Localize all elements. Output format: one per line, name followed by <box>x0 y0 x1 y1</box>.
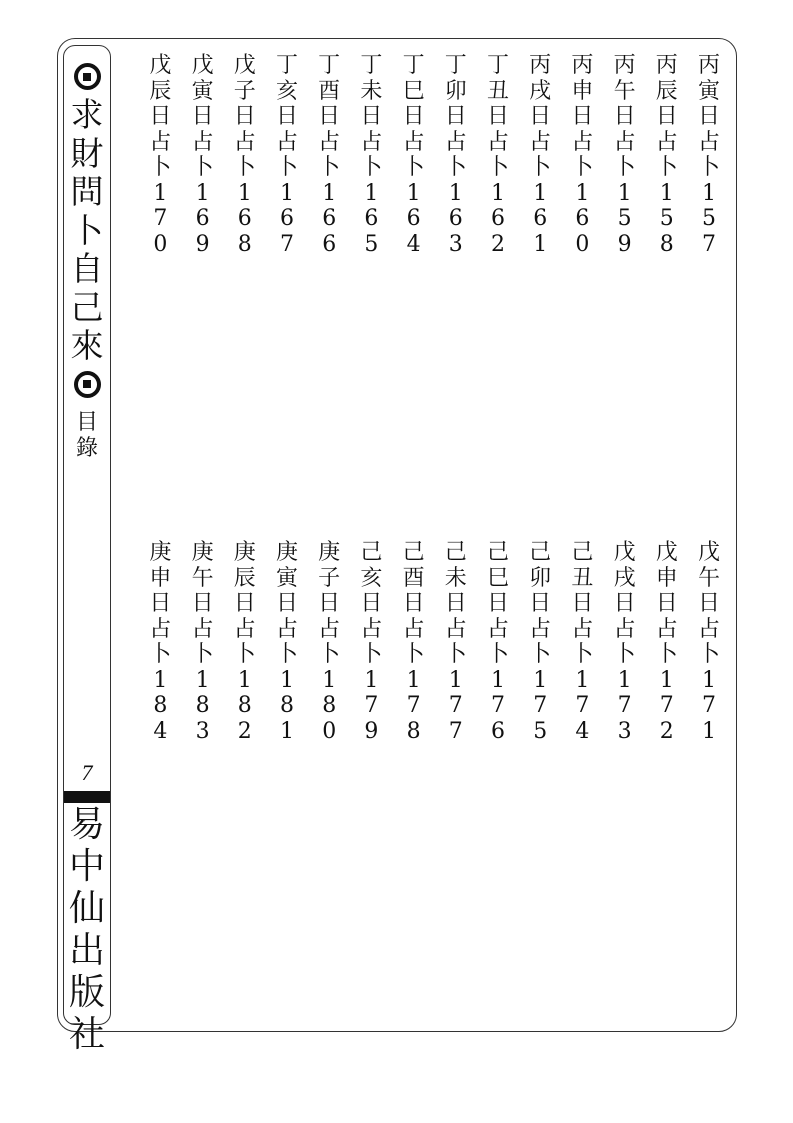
toc-entry-label-char: 卜 <box>529 642 551 668</box>
toc-entry-page-digit: 6 <box>238 206 252 232</box>
toc-entry-label-char: 丁 <box>445 53 467 79</box>
toc-entry-page-digit: 1 <box>280 181 294 207</box>
toc-entry-label-char: 寅 <box>192 79 214 105</box>
toc-entry[interactable]: 戊辰日占卜170 <box>140 53 180 257</box>
toc-entry-page-digit: 9 <box>364 719 378 745</box>
toc-entry-page-digit: 6 <box>280 206 294 232</box>
toc-entry[interactable]: 庚寅日占卜181 <box>267 540 307 744</box>
toc-entry-label-char: 占 <box>403 617 425 643</box>
toc-entry-label-char: 戊 <box>614 540 636 566</box>
toc-entry-page-digit: 8 <box>196 693 210 719</box>
toc-entry-label-char: 申 <box>571 79 593 105</box>
book-title: 求財問卜自己來 目錄 <box>64 58 110 462</box>
toc-entry-label-char: 己 <box>529 540 551 566</box>
toc-entry[interactable]: 丁巳日占卜164 <box>394 53 434 257</box>
toc-entry-page-digit: 4 <box>575 719 589 745</box>
toc-entry-label-char: 酉 <box>318 79 340 105</box>
toc-entry-page-digit: 3 <box>449 232 463 258</box>
toc-entry-label-char: 日 <box>698 104 720 130</box>
toc-entry-label-char: 戊 <box>149 53 171 79</box>
toc-entry-label-char: 卜 <box>529 155 551 181</box>
toc-entry-page-digit: 1 <box>280 719 294 745</box>
toc-entry-label-char: 申 <box>149 566 171 592</box>
toc-entry-label-char: 占 <box>403 130 425 156</box>
toc-entry-label-char: 丁 <box>487 53 509 79</box>
toc-entry-label-char: 占 <box>234 617 256 643</box>
toc-entry-label-char: 占 <box>318 130 340 156</box>
toc-entry-label-char: 寅 <box>698 79 720 105</box>
toc-entry-label-char: 日 <box>318 104 340 130</box>
toc-entry-label-char: 卜 <box>656 642 678 668</box>
toc-entry-label-char: 庚 <box>276 540 298 566</box>
toc-entry-page-digit: 6 <box>491 719 505 745</box>
toc-entry-page-digit: 5 <box>364 232 378 258</box>
toc-entry-page-digit: 1 <box>238 668 252 694</box>
publisher-char: 版 <box>69 972 105 1014</box>
toc-entry-label-char: 占 <box>276 130 298 156</box>
toc-entry-page-digit: 9 <box>196 232 210 258</box>
toc-entry-page-digit: 1 <box>660 181 674 207</box>
toc-entry-label-char: 卜 <box>445 155 467 181</box>
toc-entry-label-char: 卜 <box>698 642 720 668</box>
toc-entry-label-char: 申 <box>656 566 678 592</box>
toc-entry-page-digit: 2 <box>238 719 252 745</box>
toc-entry-page-digit: 1 <box>533 668 547 694</box>
toc-entry-label-char: 丁 <box>403 53 425 79</box>
toc-entry-page-digit: 8 <box>238 232 252 258</box>
toc-entry-label-char: 占 <box>276 617 298 643</box>
toc-entry-page-digit: 8 <box>280 693 294 719</box>
toc-entry-page-digit: 1 <box>280 668 294 694</box>
toc-entry-label-char: 日 <box>614 591 636 617</box>
toc-entry[interactable]: 己酉日占卜178 <box>394 540 434 744</box>
toc-entry-label-char: 巳 <box>487 566 509 592</box>
toc-entry-label-char: 日 <box>656 104 678 130</box>
toc-entry[interactable]: 丁丑日占卜162 <box>478 53 518 257</box>
toc-entry[interactable]: 戊子日占卜168 <box>225 53 265 257</box>
toc-entry-page-digit: 7 <box>449 719 463 745</box>
toc-entry-page-digit: 6 <box>575 206 589 232</box>
toc-entry-label-char: 子 <box>318 566 340 592</box>
toc-entry-label-char: 占 <box>487 617 509 643</box>
toc-entry-label-char: 卜 <box>614 642 636 668</box>
toc-entry-label-char: 日 <box>234 104 256 130</box>
toc-entry-label-char: 卜 <box>318 155 340 181</box>
toc-entry-label-char: 卜 <box>318 642 340 668</box>
section-title: 目錄 <box>76 410 98 462</box>
toc-entry-label-char: 日 <box>487 591 509 617</box>
bullseye-square-icon <box>74 63 101 90</box>
toc-entry-label-char: 占 <box>360 617 382 643</box>
toc-entry-page-digit: 8 <box>322 693 336 719</box>
toc-entry[interactable]: 己卯日占卜175 <box>520 540 560 744</box>
toc-entry-label-char: 日 <box>656 591 678 617</box>
toc-entry-page-digit: 6 <box>407 206 421 232</box>
toc-entry-page-digit: 5 <box>702 206 716 232</box>
toc-entry-page-digit: 1 <box>449 668 463 694</box>
toc-entry-label-char: 酉 <box>403 566 425 592</box>
toc-entry-label-char: 丙 <box>571 53 593 79</box>
toc-entry-page-digit: 5 <box>660 206 674 232</box>
toc-entry-label-char: 戌 <box>529 79 551 105</box>
toc-entry-page-digit: 4 <box>153 719 167 745</box>
toc-entry-page-digit: 1 <box>322 668 336 694</box>
toc-entry-label-char: 卜 <box>487 642 509 668</box>
toc-entry-label-char: 戊 <box>234 53 256 79</box>
toc-entry-label-char: 占 <box>571 617 593 643</box>
toc-entry-label-char: 己 <box>360 540 382 566</box>
toc-entry-page-digit: 1 <box>449 181 463 207</box>
title-char: 問 <box>71 173 104 212</box>
toc-entry-label-char: 己 <box>571 540 593 566</box>
toc-entry-label-char: 卜 <box>571 642 593 668</box>
toc-entry-label-char: 卜 <box>698 155 720 181</box>
toc-entry-page-digit: 8 <box>153 693 167 719</box>
toc-entry-label-char: 午 <box>698 566 720 592</box>
toc-entry-label-char: 己 <box>445 540 467 566</box>
toc-entry-label-char: 丁 <box>318 53 340 79</box>
toc-entry-label-char: 庚 <box>192 540 214 566</box>
toc-entry-page-digit: 1 <box>618 181 632 207</box>
toc-entry-page-digit: 7 <box>702 693 716 719</box>
toc-entry-label-char: 庚 <box>149 540 171 566</box>
toc-entry-label-char: 庚 <box>318 540 340 566</box>
toc-entry-page-digit: 1 <box>238 181 252 207</box>
toc-entry-label-char: 日 <box>487 104 509 130</box>
toc-entry-page-digit: 1 <box>575 181 589 207</box>
toc-entry-label-char: 辰 <box>149 79 171 105</box>
toc-entry-label-char: 己 <box>403 540 425 566</box>
toc-entry-label-char: 卜 <box>149 642 171 668</box>
toc-entry-label-char: 日 <box>276 591 298 617</box>
toc-entry-page-digit: 6 <box>491 206 505 232</box>
toc-entry-page-digit: 8 <box>660 232 674 258</box>
toc-entry-label-char: 己 <box>487 540 509 566</box>
publisher-name: 易中仙出版社 <box>64 804 110 1056</box>
toc-entry-label-char: 戌 <box>614 566 636 592</box>
toc-entry[interactable]: 丁未日占卜165 <box>351 53 391 257</box>
toc-entry[interactable]: 庚午日占卜183 <box>183 540 223 744</box>
toc-entry-page-digit: 1 <box>364 181 378 207</box>
toc-entry[interactable]: 丁卯日占卜163 <box>436 53 476 257</box>
toc-entry-page-digit: 7 <box>364 693 378 719</box>
toc-entry-page-digit: 1 <box>196 181 210 207</box>
toc-entry-label-char: 戊 <box>656 540 678 566</box>
toc-entry-label-char: 卜 <box>656 155 678 181</box>
toc-entry-label-char: 卜 <box>571 155 593 181</box>
publisher-char: 中 <box>69 846 105 888</box>
toc-entry-label-char: 占 <box>698 617 720 643</box>
title-char: 財 <box>71 135 104 174</box>
toc-entry[interactable]: 戊申日占卜172 <box>647 540 687 744</box>
toc-entry-page-digit: 6 <box>322 206 336 232</box>
toc-entry-page-digit: 1 <box>575 668 589 694</box>
toc-entry[interactable]: 丙辰日占卜158 <box>647 53 687 257</box>
toc-entry-page-digit: 6 <box>449 206 463 232</box>
toc-entry-label-char: 日 <box>149 591 171 617</box>
toc-entry-label-char: 午 <box>192 566 214 592</box>
toc-entry-label-char: 午 <box>614 79 636 105</box>
toc-entry-label-char: 占 <box>614 130 636 156</box>
title-char: 來 <box>71 327 104 366</box>
toc-entry-label-char: 日 <box>614 104 636 130</box>
title-char: 求 <box>71 96 104 135</box>
toc-entry-page-digit: 1 <box>196 668 210 694</box>
toc-entry-page-digit: 3 <box>618 719 632 745</box>
toc-entry-label-char: 占 <box>656 617 678 643</box>
toc-entry-label-char: 卜 <box>445 642 467 668</box>
toc-entry-label-char: 卜 <box>192 642 214 668</box>
toc-entry[interactable]: 己巳日占卜176 <box>478 540 518 744</box>
toc-entry-label-char: 占 <box>656 130 678 156</box>
toc-entry-page-digit: 1 <box>407 668 421 694</box>
toc-entry[interactable]: 己亥日占卜179 <box>351 540 391 744</box>
toc-entry-label-char: 丙 <box>529 53 551 79</box>
toc-entry-page-digit: 8 <box>238 693 252 719</box>
toc-entry-label-char: 丙 <box>698 53 720 79</box>
spine-banner: 求財問卜自己來 目錄 7 易中仙出版社 <box>63 45 111 1025</box>
toc-entry-label-char: 卜 <box>276 642 298 668</box>
toc-entry-label-char: 日 <box>403 591 425 617</box>
toc-entry-page-digit: 7 <box>533 693 547 719</box>
toc-entry-label-char: 占 <box>487 130 509 156</box>
toc-entry-label-char: 日 <box>360 104 382 130</box>
toc-entry-page-digit: 7 <box>575 693 589 719</box>
toc-entry[interactable]: 丙申日占卜160 <box>562 53 602 257</box>
toc-entry-label-char: 卜 <box>149 155 171 181</box>
toc-entry[interactable]: 己未日占卜177 <box>436 540 476 744</box>
toc-entry-label-char: 占 <box>698 130 720 156</box>
toc-entry-label-char: 日 <box>445 104 467 130</box>
toc-entry[interactable]: 丙戌日占卜161 <box>520 53 560 257</box>
toc-entry-label-char: 卜 <box>234 642 256 668</box>
bullseye-square-icon <box>74 371 101 398</box>
toc-entry-page-digit: 1 <box>702 181 716 207</box>
subtitle-char: 目 <box>76 410 98 436</box>
toc-entry-label-char: 卜 <box>234 155 256 181</box>
toc-entry-label-char: 占 <box>234 130 256 156</box>
toc-entry-page-digit: 1 <box>660 668 674 694</box>
toc-entry-label-char: 日 <box>360 591 382 617</box>
toc-entry[interactable]: 庚辰日占卜182 <box>225 540 265 744</box>
toc-entry-label-char: 庚 <box>234 540 256 566</box>
toc-entry-page-digit: 6 <box>364 206 378 232</box>
toc-entry-page-digit: 4 <box>407 232 421 258</box>
toc-entry-page-digit: 1 <box>533 232 547 258</box>
toc-entry-label-char: 丁 <box>276 53 298 79</box>
toc-entry-page-digit: 6 <box>196 206 210 232</box>
toc-entry[interactable]: 戊戌日占卜173 <box>605 540 645 744</box>
toc-entry-label-char: 占 <box>445 617 467 643</box>
toc-entry-label-char: 卯 <box>529 566 551 592</box>
toc-entry-label-char: 卜 <box>487 155 509 181</box>
toc-entry-label-char: 丙 <box>656 53 678 79</box>
toc-entry-page-digit: 1 <box>153 181 167 207</box>
toc-entry-label-char: 卜 <box>403 155 425 181</box>
toc-entry-label-char: 卜 <box>614 155 636 181</box>
toc-entry-label-char: 卜 <box>360 155 382 181</box>
toc-entry-label-char: 子 <box>234 79 256 105</box>
toc-entry-label-char: 未 <box>360 79 382 105</box>
toc-entry-label-char: 日 <box>529 104 551 130</box>
publisher-char: 易 <box>69 804 105 846</box>
toc-entry-page-digit: 0 <box>153 232 167 258</box>
publisher-char: 出 <box>69 930 105 972</box>
divider-bar <box>64 791 110 803</box>
toc-entry-page-digit: 1 <box>702 719 716 745</box>
toc-entry-label-char: 丑 <box>487 79 509 105</box>
toc-entry-page-digit: 7 <box>407 693 421 719</box>
toc-entry-page-digit: 5 <box>618 206 632 232</box>
toc-entry-label-char: 卜 <box>403 642 425 668</box>
toc-entry-page-digit: 0 <box>322 719 336 745</box>
subtitle-char: 錄 <box>76 436 98 462</box>
toc-entry-label-char: 占 <box>445 130 467 156</box>
toc-entry-label-char: 卜 <box>276 155 298 181</box>
toc-entry-label-char: 日 <box>403 104 425 130</box>
toc-entry-page-digit: 6 <box>533 206 547 232</box>
toc-entry-label-char: 日 <box>698 591 720 617</box>
toc-entry-label-char: 辰 <box>656 79 678 105</box>
toc-entry-label-char: 占 <box>614 617 636 643</box>
book-title-text: 求財問卜自己來 <box>71 96 104 366</box>
toc-entry-label-char: 占 <box>360 130 382 156</box>
toc-entry-label-char: 丙 <box>614 53 636 79</box>
toc-entry-label-char: 寅 <box>276 566 298 592</box>
toc-entry-label-char: 占 <box>192 617 214 643</box>
toc-entry-page-digit: 7 <box>449 693 463 719</box>
toc-entry-label-char: 占 <box>149 130 171 156</box>
toc-entry[interactable]: 己丑日占卜174 <box>562 540 602 744</box>
toc-entry-label-char: 日 <box>192 104 214 130</box>
toc-entry-label-char: 卜 <box>192 155 214 181</box>
toc-entry-label-char: 占 <box>571 130 593 156</box>
toc-entry-page-digit: 0 <box>575 232 589 258</box>
toc-entry-label-char: 丑 <box>571 566 593 592</box>
publisher-char: 仙 <box>69 888 105 930</box>
toc-entry-label-char: 巳 <box>403 79 425 105</box>
toc-entry-page-digit: 9 <box>618 232 632 258</box>
toc-entry-page-digit: 7 <box>491 693 505 719</box>
toc-entry-label-char: 戊 <box>698 540 720 566</box>
toc-entry-label-char: 占 <box>192 130 214 156</box>
toc-entry[interactable]: 戊午日占卜171 <box>689 540 729 744</box>
title-char: 卜 <box>71 212 104 251</box>
toc-entry-page-digit: 8 <box>407 719 421 745</box>
toc-entry-label-char: 卯 <box>445 79 467 105</box>
toc-entry-page-digit: 1 <box>533 181 547 207</box>
toc-entry-label-char: 日 <box>571 104 593 130</box>
toc-entry-label-char: 日 <box>276 104 298 130</box>
toc-entry-label-char: 占 <box>149 617 171 643</box>
toc-entry[interactable]: 丁亥日占卜167 <box>267 53 307 257</box>
toc-entry-page-digit: 3 <box>196 719 210 745</box>
toc-entry-label-char: 占 <box>318 617 340 643</box>
toc-entry-page-digit: 2 <box>491 232 505 258</box>
publisher-char: 社 <box>69 1014 105 1056</box>
title-char: 己 <box>71 289 104 328</box>
toc-entry-page-digit: 1 <box>364 668 378 694</box>
toc-entry-page-digit: 7 <box>660 693 674 719</box>
toc-entry-label-char: 日 <box>234 591 256 617</box>
toc-entry-page-digit: 7 <box>153 206 167 232</box>
toc-entry-label-char: 日 <box>571 591 593 617</box>
toc-entry-label-char: 亥 <box>276 79 298 105</box>
toc-entry-label-char: 日 <box>192 591 214 617</box>
toc-entry[interactable]: 丙寅日占卜157 <box>689 53 729 257</box>
toc-entry-label-char: 亥 <box>360 566 382 592</box>
toc-entry-page-digit: 7 <box>702 232 716 258</box>
toc-entry-page-digit: 1 <box>702 668 716 694</box>
toc-entry-label-char: 未 <box>445 566 467 592</box>
toc-entry[interactable]: 庚申日占卜184 <box>140 540 180 744</box>
page-number: 7 <box>64 760 110 786</box>
toc-entry-page-digit: 7 <box>280 232 294 258</box>
toc-entry-page-digit: 1 <box>491 181 505 207</box>
toc-entry-page-digit: 1 <box>407 181 421 207</box>
title-char: 自 <box>71 250 104 289</box>
toc-entry-page-digit: 1 <box>322 181 336 207</box>
toc-entry-page-digit: 1 <box>153 668 167 694</box>
toc-entry-page-digit: 1 <box>618 668 632 694</box>
toc-entry-label-char: 日 <box>529 591 551 617</box>
toc-entry-page-digit: 5 <box>533 719 547 745</box>
toc-entry-label-char: 占 <box>529 130 551 156</box>
toc-entry-label-char: 丁 <box>360 53 382 79</box>
toc-entry-label-char: 卜 <box>360 642 382 668</box>
toc-entry-label-char: 日 <box>318 591 340 617</box>
toc-entry-label-char: 辰 <box>234 566 256 592</box>
toc-entry-page-digit: 1 <box>491 668 505 694</box>
toc-entry-label-char: 占 <box>529 617 551 643</box>
toc-entry-page-digit: 7 <box>618 693 632 719</box>
toc-entry-label-char: 日 <box>445 591 467 617</box>
toc-entry[interactable]: 丙午日占卜159 <box>605 53 645 257</box>
toc-entry-label-char: 戊 <box>192 53 214 79</box>
toc-entry-page-digit: 2 <box>660 719 674 745</box>
toc-entry-label-char: 日 <box>149 104 171 130</box>
toc-entry-page-digit: 6 <box>322 232 336 258</box>
toc-entry[interactable]: 戊寅日占卜169 <box>183 53 223 257</box>
toc-entry[interactable]: 丁酉日占卜166 <box>309 53 349 257</box>
toc-entry[interactable]: 庚子日占卜180 <box>309 540 349 744</box>
